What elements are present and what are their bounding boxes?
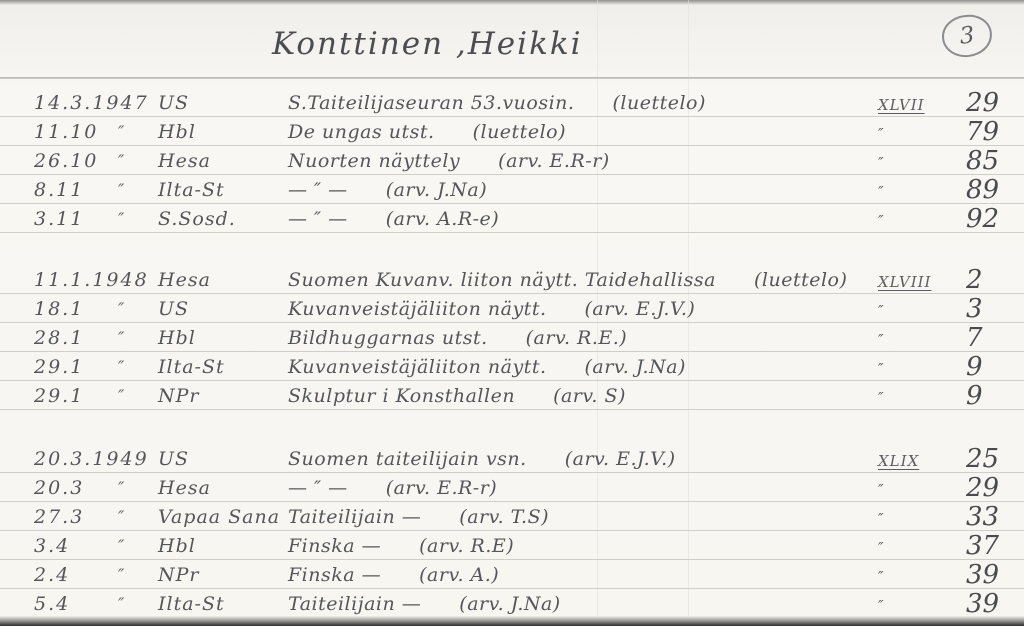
cell-year-ditto: ″ xyxy=(118,152,158,172)
cell-source: Hbl xyxy=(158,121,288,143)
cell-note: (arv. A.R-e) xyxy=(386,208,500,230)
cell-description: Finska —(arv. R.E) xyxy=(288,535,878,557)
cell-description: Taiteilijain —(arv. J.Na) xyxy=(288,593,878,615)
cell-date: 20.3 xyxy=(0,477,118,499)
page-number: 3 xyxy=(958,22,975,49)
cell-note: (arv. S) xyxy=(553,385,626,407)
cell-page: 3 xyxy=(956,298,1024,320)
cell-year-ditto: ″ xyxy=(118,479,158,499)
entry-section: 20.3.1949 US Suomen taiteilijain vsn.(ar… xyxy=(0,444,1024,618)
entry-section: 14.3.1947 US S.Taiteilijaseuran 53.vuosi… xyxy=(0,88,1024,233)
cell-source: Hbl xyxy=(158,535,288,557)
description-text: Kuvanveistäjäliiton näytt. xyxy=(288,356,547,378)
description-text: De ungas utst. xyxy=(288,121,435,143)
cell-source: NPr xyxy=(158,564,288,586)
cell-source: Hesa xyxy=(158,150,288,172)
cell-date: 8.11 xyxy=(0,179,118,201)
cell-date: 14.3.1947 xyxy=(0,92,118,114)
cell-description: Kuvanveistäjäliiton näytt.(arv. J.Na) xyxy=(288,356,878,378)
ruled-line xyxy=(0,77,1024,79)
cell-note: (luettelo) xyxy=(754,269,847,291)
cell-volume: ″ xyxy=(878,568,956,586)
table-row: 29.1 ″ NPr Skulptur i Konsthallen(arv. S… xyxy=(0,381,1024,410)
cell-note: (arv. J.Na) xyxy=(585,356,686,378)
description-text: — ″ — xyxy=(288,477,348,499)
cell-volume: ″ xyxy=(878,360,956,378)
cell-description: Nuorten näyttely(arv. E.R-r) xyxy=(288,150,878,172)
cell-volume: ″ xyxy=(878,154,956,172)
cell-page: 92 xyxy=(956,208,1024,230)
table-row: 18.1 ″ US Kuvanveistäjäliiton näytt.(arv… xyxy=(0,294,1024,323)
cell-page: 9 xyxy=(956,356,1024,378)
cell-volume: XLVII xyxy=(878,96,956,114)
cell-note: (arv. J.Na) xyxy=(386,179,487,201)
table-row: 8.11 ″ Ilta-St — ″ —(arv. J.Na) ″ 89 xyxy=(0,175,1024,204)
cell-description: Kuvanveistäjäliiton näytt.(arv. E.J.V.) xyxy=(288,298,878,320)
cell-note: (arv. E.J.V.) xyxy=(585,298,696,320)
cell-description: S.Taiteilijaseuran 53.vuosin.(luettelo) xyxy=(288,92,878,114)
description-text: Taiteilijain — xyxy=(288,593,421,615)
cell-note: (arv. T.S) xyxy=(459,506,549,528)
table-row: 20.3 ″ Hesa — ″ —(arv. E.R-r) ″ 29 xyxy=(0,473,1024,502)
cell-year-ditto: ″ xyxy=(118,508,158,528)
cell-page: 37 xyxy=(956,535,1024,557)
cell-volume: ″ xyxy=(878,510,956,528)
cell-volume: ″ xyxy=(878,331,956,349)
table-row: 27.3 ″ Vapaa Sana Taiteilijain —(arv. T.… xyxy=(0,502,1024,531)
cell-source: Ilta-St xyxy=(158,593,288,615)
page-number-circle: 3 xyxy=(940,13,994,60)
cell-note: (arv. E.R-r) xyxy=(386,477,498,499)
description-text: — ″ — xyxy=(288,179,348,201)
cell-page: 29 xyxy=(956,92,1024,114)
cell-source: US xyxy=(158,92,288,114)
cell-page: 39 xyxy=(956,564,1024,586)
cell-page: 25 xyxy=(956,448,1024,470)
index-card: 3 Konttinen ,Heikki 14.3.1947 US S.Taite… xyxy=(0,0,1024,626)
cell-volume: ″ xyxy=(878,212,956,230)
description-text: Kuvanveistäjäliiton näytt. xyxy=(288,298,547,320)
cell-description: Suomen Kuvanv. liiton näytt. Taidehallis… xyxy=(288,269,878,291)
cell-source: Hbl xyxy=(158,327,288,349)
description-text: Nuorten näyttely xyxy=(288,150,460,172)
cell-year-ditto: ″ xyxy=(118,387,158,407)
entry-section: 11.1.1948 Hesa Suomen Kuvanv. liiton näy… xyxy=(0,265,1024,410)
scan-edge-bottom xyxy=(0,616,1024,626)
cell-source: US xyxy=(158,448,288,470)
cell-date: 3.4 xyxy=(0,535,118,557)
table-row: 14.3.1947 US S.Taiteilijaseuran 53.vuosi… xyxy=(0,88,1024,117)
table-row: 5.4 ″ Ilta-St Taiteilijain —(arv. J.Na) … xyxy=(0,589,1024,618)
table-row: 28.1 ″ Hbl Bildhuggarnas utst.(arv. R.E.… xyxy=(0,323,1024,352)
scan-edge-top xyxy=(0,0,1024,5)
cell-note: (luettelo) xyxy=(473,121,566,143)
cell-volume: ″ xyxy=(878,389,956,407)
cell-source: Vapaa Sana xyxy=(158,506,288,528)
cell-note: (arv. E.R-r) xyxy=(498,150,610,172)
cell-date: 28.1 xyxy=(0,327,118,349)
cell-date: 20.3.1949 xyxy=(0,448,118,470)
cell-date: 26.10 xyxy=(0,150,118,172)
table-row: 3.4 ″ Hbl Finska —(arv. R.E) ″ 37 xyxy=(0,531,1024,560)
cell-volume: ″ xyxy=(878,597,956,615)
cell-description: Bildhuggarnas utst.(arv. R.E.) xyxy=(288,327,878,349)
cell-volume: ″ xyxy=(878,302,956,320)
cell-date: 11.1.1948 xyxy=(0,269,118,291)
cell-page: 33 xyxy=(956,506,1024,528)
cell-description: De ungas utst.(luettelo) xyxy=(288,121,878,143)
cell-description: — ″ —(arv. J.Na) xyxy=(288,179,878,201)
cell-source: US xyxy=(158,298,288,320)
table-row: 26.10 ″ Hesa Nuorten näyttely(arv. E.R-r… xyxy=(0,146,1024,175)
cell-year-ditto: ″ xyxy=(118,210,158,230)
cell-note: (arv. A.) xyxy=(419,564,499,586)
cell-source: Hesa xyxy=(158,269,288,291)
cell-year-ditto: ″ xyxy=(118,123,158,143)
cell-page: 85 xyxy=(956,150,1024,172)
cell-year-ditto: ″ xyxy=(118,537,158,557)
table-row: 11.1.1948 Hesa Suomen Kuvanv. liiton näy… xyxy=(0,265,1024,294)
cell-description: Finska —(arv. A.) xyxy=(288,564,878,586)
cell-volume: XLVIII xyxy=(878,273,956,291)
cell-page: 89 xyxy=(956,179,1024,201)
description-text: Finska — xyxy=(288,564,381,586)
cell-year-ditto: ″ xyxy=(118,181,158,201)
cell-description: Taiteilijain —(arv. T.S) xyxy=(288,506,878,528)
cell-note: (arv. R.E.) xyxy=(526,327,628,349)
table-row: 20.3.1949 US Suomen taiteilijain vsn.(ar… xyxy=(0,444,1024,473)
description-text: Suomen taiteilijain vsn. xyxy=(288,448,527,470)
cell-source: S.Sosd. xyxy=(158,208,288,230)
description-text: S.Taiteilijaseuran 53.vuosin. xyxy=(288,92,574,114)
description-text: Taiteilijain — xyxy=(288,506,421,528)
cell-description: Skulptur i Konsthallen(arv. S) xyxy=(288,385,878,407)
cell-year-ditto: ″ xyxy=(118,595,158,615)
cell-date: 11.10 xyxy=(0,121,118,143)
cell-page: 29 xyxy=(956,477,1024,499)
cell-date: 29.1 xyxy=(0,385,118,407)
description-text: Finska — xyxy=(288,535,381,557)
cell-date: 18.1 xyxy=(0,298,118,320)
description-text: Skulptur i Konsthallen xyxy=(288,385,515,407)
cell-source: NPr xyxy=(158,385,288,407)
cell-page: 2 xyxy=(956,269,1024,291)
cell-source: Ilta-St xyxy=(158,179,288,201)
cell-year-ditto: ″ xyxy=(118,300,158,320)
cell-date: 29.1 xyxy=(0,356,118,378)
description-text: — ″ — xyxy=(288,208,348,230)
cell-volume: XLIX xyxy=(878,452,956,470)
cell-year-ditto: ″ xyxy=(118,566,158,586)
cell-page: 7 xyxy=(956,327,1024,349)
description-text: Bildhuggarnas utst. xyxy=(288,327,488,349)
cell-note: (arv. E.J.V.) xyxy=(565,448,676,470)
cell-page: 79 xyxy=(956,121,1024,143)
description-text: Suomen Kuvanv. liiton näytt. Taidehallis… xyxy=(288,269,716,291)
cell-year-ditto: ″ xyxy=(118,329,158,349)
cell-note: (luettelo) xyxy=(612,92,705,114)
cell-source: Hesa xyxy=(158,477,288,499)
cell-volume: ″ xyxy=(878,539,956,557)
cell-date: 5.4 xyxy=(0,593,118,615)
cell-volume: ″ xyxy=(878,183,956,201)
cell-volume: ″ xyxy=(878,125,956,143)
cell-page: 9 xyxy=(956,385,1024,407)
card-title: Konttinen ,Heikki xyxy=(272,26,583,62)
cell-page: 39 xyxy=(956,593,1024,615)
cell-date: 3.11 xyxy=(0,208,118,230)
cell-description: — ″ —(arv. A.R-e) xyxy=(288,208,878,230)
table-row: 29.1 ″ Ilta-St Kuvanveistäjäliiton näytt… xyxy=(0,352,1024,381)
cell-note: (arv. R.E) xyxy=(419,535,514,557)
cell-volume: ″ xyxy=(878,481,956,499)
cell-description: — ″ —(arv. E.R-r) xyxy=(288,477,878,499)
cell-description: Suomen taiteilijain vsn.(arv. E.J.V.) xyxy=(288,448,878,470)
cell-source: Ilta-St xyxy=(158,356,288,378)
cell-date: 2.4 xyxy=(0,564,118,586)
cell-date: 27.3 xyxy=(0,506,118,528)
table-row: 3.11 ″ S.Sosd. — ″ —(arv. A.R-e) ″ 92 xyxy=(0,204,1024,233)
table-row: 2.4 ″ NPr Finska —(arv. A.) ″ 39 xyxy=(0,560,1024,589)
cell-year-ditto: ″ xyxy=(118,358,158,378)
table-row: 11.10 ″ Hbl De ungas utst.(luettelo) ″ 7… xyxy=(0,117,1024,146)
cell-note: (arv. J.Na) xyxy=(459,593,560,615)
